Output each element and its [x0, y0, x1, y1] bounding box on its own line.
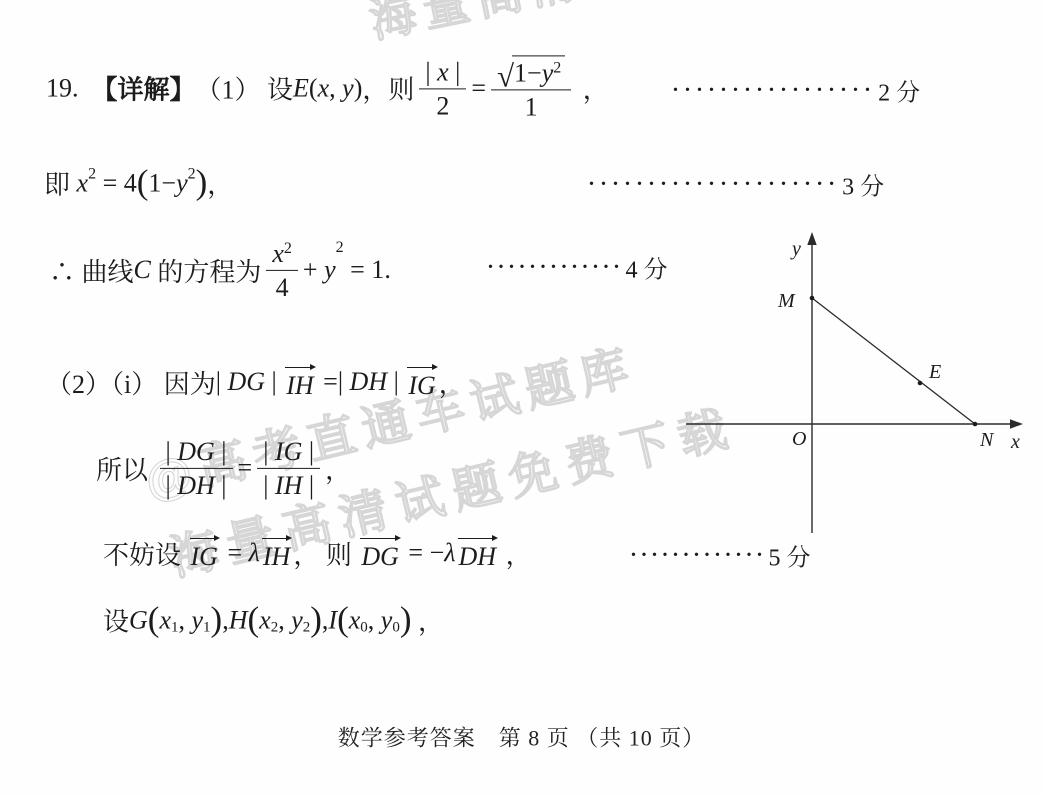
math-token: , — [179, 605, 192, 635]
math-token: 不妨设 — [103, 535, 188, 572]
vector-arrow-icon — [360, 534, 400, 542]
solution-line-3: ∴ 曲线C 的方程为x24+ y2 = 1. — [49, 238, 391, 302]
math-token: = — [221, 538, 249, 568]
math-token: | — [166, 437, 178, 466]
math-token: IH — [275, 471, 302, 500]
math-token: ， 则 — [293, 535, 358, 572]
fraction: | x |2 — [419, 56, 466, 120]
math-token: E — [293, 73, 309, 103]
fraction-numerator: | x | — [419, 56, 466, 89]
math-token: 2 — [284, 240, 292, 258]
vector-base: IH — [263, 542, 290, 572]
fraction-denominator: | IH | — [263, 469, 314, 500]
math-token: 2 — [336, 239, 344, 257]
vector-base: DG — [361, 542, 399, 572]
score-marker-2: ················· 2 分 — [672, 73, 920, 108]
solution-line-5: 所以 | DG || DH |=| IG || IH |， — [96, 436, 351, 500]
coordinate-diagram: y M E O N x — [680, 225, 1040, 540]
math-token: x — [349, 605, 361, 635]
score-marker-5: ············· 5 分 — [630, 538, 811, 573]
math-token: 2 — [436, 91, 449, 120]
math-token: H — [229, 605, 248, 635]
math-token: G — [129, 605, 148, 635]
math-token: I — [328, 605, 337, 635]
math-token: DG — [177, 437, 215, 466]
math-token: ， — [207, 165, 233, 202]
math-token: ) — [196, 165, 208, 200]
y-axis-arrow-icon — [807, 232, 816, 245]
math-token: | — [425, 57, 437, 86]
fraction-numerator: √1−y2 — [491, 54, 571, 90]
math-token: ( — [309, 73, 318, 103]
math-token: 的方程为 — [151, 252, 262, 289]
math-token: （2）（i） 因为 — [46, 364, 216, 401]
vector-arrow-icon — [458, 534, 498, 542]
math-token: 2 — [271, 620, 279, 637]
label-E: E — [928, 361, 941, 383]
leader-dots: ············· — [487, 257, 624, 278]
math-token: 19. — [46, 73, 92, 103]
math-token: y — [342, 73, 354, 103]
leader-dots: ····················· — [588, 174, 840, 195]
math-token: DH — [459, 542, 497, 572]
math-token: y — [381, 605, 393, 635]
math-token: | — [215, 471, 227, 500]
math-token: , — [368, 605, 381, 635]
vector-term: IH — [283, 363, 316, 401]
fraction-numerator: | IG | — [257, 436, 320, 469]
vector-arrow-icon — [262, 534, 291, 542]
leader-dots: ············· — [630, 545, 767, 566]
score-label: 4 分 — [626, 250, 668, 285]
vector-term: IG — [188, 534, 221, 572]
math-token: ( — [247, 602, 259, 637]
math-token: 1− — [514, 58, 542, 87]
score-label: 2 分 — [878, 73, 920, 108]
math-token: ， — [325, 450, 351, 487]
math-token: x — [318, 73, 330, 103]
vector-base: IG — [408, 371, 435, 401]
math-token: , — [329, 73, 342, 103]
math-token: =| — [317, 367, 350, 397]
math-token: x — [159, 605, 171, 635]
label-M: M — [777, 290, 796, 312]
math-token: IH — [263, 542, 290, 572]
fraction-denominator: 4 — [276, 271, 289, 302]
math-token: DH — [177, 471, 215, 500]
math-token: ( — [148, 602, 160, 637]
math-token: ) — [354, 73, 363, 103]
math-token: ∴ 曲线 — [49, 252, 134, 289]
math-token: 2 — [88, 166, 96, 184]
math-token: x — [272, 239, 284, 268]
score-label: 3 分 — [842, 167, 884, 202]
vector-arrow-icon — [190, 534, 219, 542]
label-x: x — [1010, 431, 1020, 453]
math-token: 【详解】 — [92, 70, 196, 107]
point-M — [810, 296, 815, 301]
math-token: 1− — [148, 168, 176, 198]
fraction: √1−y21 — [491, 54, 571, 121]
fraction: x24 — [266, 238, 298, 302]
math-token: = 4 — [96, 168, 137, 198]
math-token: | — [449, 57, 461, 86]
x-axis-arrow-icon — [1010, 419, 1023, 428]
vector-term: IH — [260, 534, 293, 572]
math-token: , — [278, 605, 291, 635]
solution-line-7: 设G(x1, y1),H(x2, y2),I(x0, y0) ， — [103, 602, 444, 639]
math-token: y — [291, 605, 303, 635]
math-token: DG — [227, 367, 265, 397]
math-token: ( — [337, 602, 349, 637]
math-token: | — [215, 437, 227, 466]
label-N: N — [979, 429, 995, 451]
math-token: | — [263, 437, 275, 466]
math-token: ( — [137, 165, 149, 200]
math-token: 即 — [44, 165, 77, 202]
vector-term: DH — [456, 534, 500, 572]
math-token: ) — [400, 602, 412, 637]
fraction-numerator: x2 — [266, 238, 298, 271]
math-token: （1） 设 — [196, 70, 294, 107]
math-token: 1 — [525, 93, 538, 122]
math-token: y — [192, 605, 204, 635]
segment-MN — [812, 298, 975, 424]
solution-line-6: 不妨设 IG = λIH， 则 DG = −λDH ， — [103, 534, 532, 572]
solution-line-1: 19. 【详解】（1） 设E(x, y)，则| x |2=√1−y21 ， — [46, 54, 609, 121]
leader-dots: ················· — [672, 80, 876, 101]
math-token: y — [176, 168, 188, 198]
label-O: O — [792, 428, 806, 450]
fraction: | IG || IH | — [257, 436, 320, 500]
vector-base: IG — [191, 542, 218, 572]
math-token: IG — [191, 542, 218, 572]
math-token: ) — [310, 602, 322, 637]
math-token: ， — [576, 70, 609, 107]
math-token: ， — [499, 535, 532, 572]
math-token: | — [216, 367, 228, 397]
math-token: x — [437, 57, 449, 86]
math-token: y — [324, 255, 336, 285]
math-token: x — [259, 605, 271, 635]
math-token: = − — [402, 538, 444, 568]
solution-line-4: （2）（i） 因为| DG | IH =| DH | IG， — [46, 363, 465, 401]
vector-base: DH — [459, 542, 497, 572]
math-token: y — [542, 58, 554, 87]
math-token: . — [384, 255, 391, 285]
math-token: 1 — [203, 620, 211, 637]
square-root: √1−y2 — [497, 55, 565, 87]
math-token: | — [387, 367, 405, 397]
math-token: ， — [411, 602, 444, 639]
vector-arrow-icon — [285, 363, 314, 371]
solution-line-2: 即 x2 = 4(1−y2)， — [44, 165, 233, 202]
math-token: 1 — [171, 620, 179, 637]
watermark-top: 海量高清试题 — [363, 0, 694, 51]
radical-sign: √ — [497, 63, 514, 91]
math-token: 2 — [303, 620, 311, 637]
math-token: | — [265, 367, 283, 397]
math-token: λ — [444, 538, 455, 568]
point-E — [918, 381, 923, 386]
answer-sheet-page: 海量高清试题 @高考直通车试题库 海量高清试题免费下载 19. 【详解】（1） … — [0, 0, 1043, 795]
math-token: | — [302, 471, 314, 500]
math-token: DG — [361, 542, 399, 572]
math-token: 2 — [553, 59, 561, 77]
math-token: + — [303, 255, 324, 285]
math-token: = — [471, 73, 486, 103]
math-token: λ — [249, 538, 260, 568]
fraction: | DG || DH | — [160, 436, 233, 500]
math-token: IG — [408, 371, 435, 401]
math-token: IG — [275, 437, 302, 466]
math-token: 4 — [276, 273, 289, 302]
label-y: y — [790, 238, 801, 260]
math-token: 0 — [392, 620, 400, 637]
math-token: = — [238, 453, 253, 483]
math-token: ) — [211, 602, 223, 637]
radicand: 1−y2 — [512, 55, 565, 87]
fraction-numerator: | DG | — [160, 436, 233, 469]
fraction-denominator: 1 — [525, 91, 538, 122]
math-token: | — [166, 471, 178, 500]
math-token: 所以 — [96, 450, 155, 487]
math-token: | — [302, 437, 314, 466]
math-token: C — [134, 255, 151, 285]
math-token: 设 — [103, 602, 129, 639]
vector-arrow-icon — [407, 363, 436, 371]
vector-base: IH — [286, 371, 313, 401]
math-token: | — [263, 471, 275, 500]
vector-term: DG — [358, 534, 402, 572]
math-token: ，则 — [362, 70, 414, 107]
math-token: IH — [286, 371, 313, 401]
page-footer: 数学参考答案 第 8 页 （共 10 页） — [338, 722, 706, 753]
math-token: 0 — [360, 620, 368, 637]
score-label: 5 分 — [769, 538, 811, 573]
score-marker-3: ····················· 3 分 — [588, 167, 884, 202]
math-token: ， — [439, 364, 465, 401]
math-token: x — [77, 168, 89, 198]
math-token: 2 — [188, 166, 196, 184]
math-token: DH — [350, 367, 388, 397]
score-marker-4: ············· 4 分 — [487, 250, 668, 285]
fraction-denominator: 2 — [436, 89, 449, 120]
fraction-denominator: | DH | — [166, 469, 227, 500]
math-token: = 1 — [344, 255, 385, 285]
vector-term: IG — [405, 363, 438, 401]
point-N — [973, 422, 978, 427]
